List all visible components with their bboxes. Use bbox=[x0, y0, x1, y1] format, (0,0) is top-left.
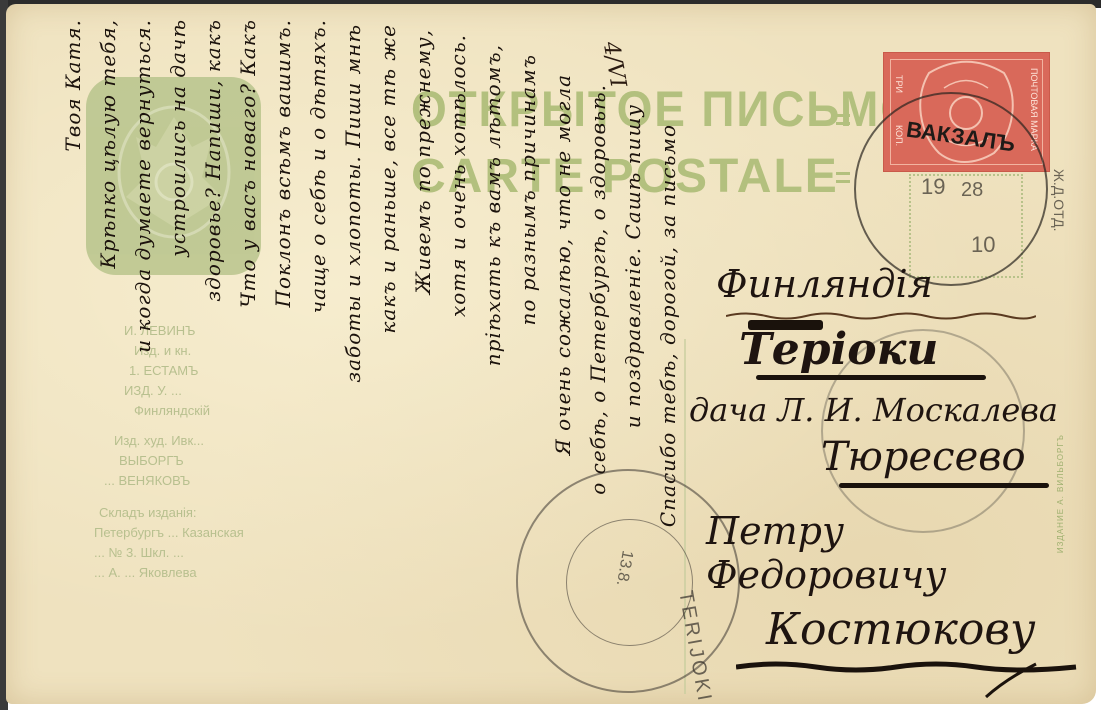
message-line: Твоя Катя. bbox=[61, 19, 85, 152]
header-ornament bbox=[836, 180, 850, 183]
village-underline bbox=[839, 483, 1049, 488]
message-line: пріѣхать къ вамъ лѣтомъ, bbox=[481, 44, 505, 366]
message-line: чаще о себѣ и о дѣтяхъ. bbox=[306, 19, 330, 313]
message-line: хотя и очень хотѣлось. bbox=[446, 34, 470, 317]
header-ornament bbox=[836, 172, 850, 175]
message-line: и когда думаете вернуться. bbox=[131, 19, 155, 353]
handwritten-message: Спасибо тебѣ, дорогой, за письмо и поздр… bbox=[16, 14, 696, 704]
message-line: какъ и раньше, все тѣ же bbox=[376, 24, 400, 334]
message-line: Крѣпко цѣлую тебя, bbox=[96, 19, 120, 269]
postcard: ОТКРЫТОЕ ПИСЬМО CARTE POSTALE И. ЛЕВИНЪ … bbox=[6, 4, 1096, 704]
address-village: Тюресево bbox=[821, 434, 1026, 480]
message-line: заботы и хлопоты. Пиши мнѣ bbox=[341, 24, 365, 383]
city-underline bbox=[756, 375, 986, 380]
message-line: устроились на дачѣ bbox=[166, 19, 190, 257]
address-city: Теріоки bbox=[739, 324, 938, 375]
postmark-arc-text: Ж.Д.ОТД. bbox=[1051, 169, 1067, 232]
message-line: здоровье? Напиши, какъ bbox=[201, 19, 225, 302]
postmark-day: 19 bbox=[921, 174, 945, 200]
message-line: по разнымъ причинамъ bbox=[516, 54, 540, 326]
recipient-first-name: Петру Федоровичу bbox=[706, 509, 1096, 597]
address-dacha: дача Л. И. Москалева bbox=[689, 391, 1058, 429]
header-ornament bbox=[836, 114, 850, 117]
address-country: Финляндія bbox=[716, 262, 933, 306]
message-line: Я очень сожалѣю, что не могла bbox=[551, 74, 575, 455]
header-ornament bbox=[836, 122, 850, 125]
recipient-last-name: Костюкову bbox=[766, 604, 1036, 655]
message-line: Спасибо тебѣ, дорогой, за письмо bbox=[656, 124, 680, 527]
message-line: Живемъ по прежнему, bbox=[411, 29, 435, 294]
message-line: Поклонъ всѣмъ вашимъ. bbox=[271, 19, 295, 307]
signature-underline-icon bbox=[736, 659, 1081, 699]
message-line: и поздравленіе. Сашѣ пишу bbox=[621, 104, 645, 428]
stamp-cancel-postmark bbox=[854, 92, 1048, 286]
message-line: Что у васъ новаго? Какъ bbox=[236, 19, 260, 308]
postmark-month: 28 bbox=[961, 179, 983, 202]
message-line: о себѣ, о Петербургѣ, о здоровьѣ. bbox=[586, 84, 610, 495]
postmark-year: 10 bbox=[971, 232, 995, 258]
